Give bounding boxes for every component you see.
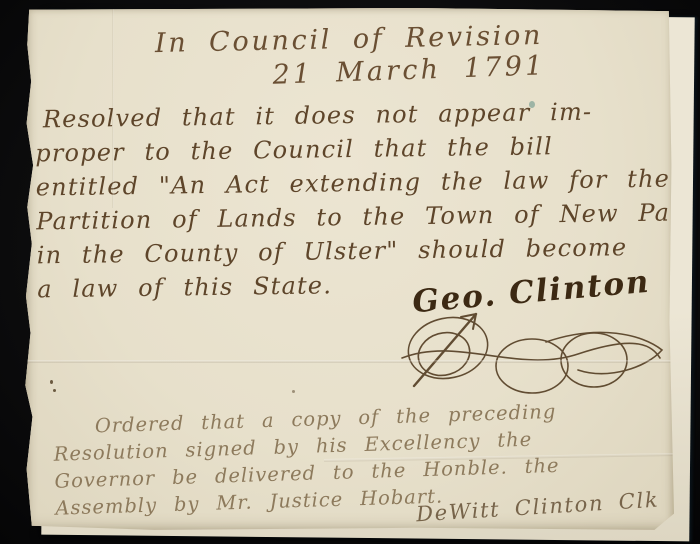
ink-speck [53,389,56,392]
signature-flourish [396,306,668,406]
teal-stain [529,101,535,108]
photo-background: In Council of Revision 21 March 1791 Res… [0,0,700,544]
manuscript-page: In Council of Revision 21 March 1791 Res… [24,8,674,532]
ink-speck [50,380,53,384]
ink-speck [292,390,295,393]
